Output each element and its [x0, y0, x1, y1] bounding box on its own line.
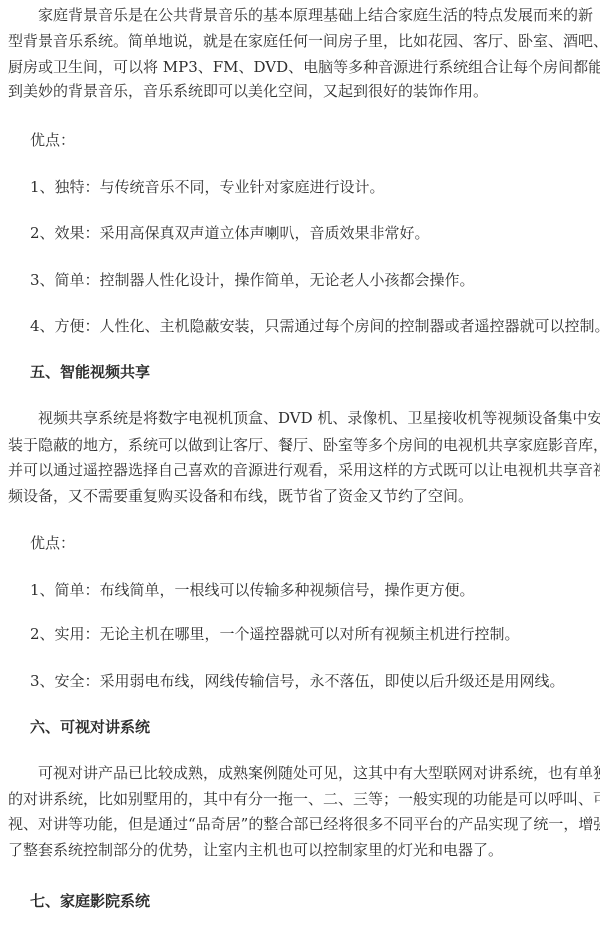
advantages-label: 优点：	[30, 533, 230, 553]
paragraph-line: 家庭背景音乐是在公共背景音乐的基本原理基础上结合家庭生活的特点发展而来的新	[38, 5, 592, 25]
paragraph-line: 到美妙的背景音乐，音乐系统即可以美化空间，又起到很好的装饰作用。	[8, 81, 592, 101]
paragraph-line: 并可以通过遥控器选择自己喜欢的音源进行观看，采用这样的方式既可以让电视机共享音视	[8, 460, 592, 480]
document-page: 家庭背景音乐是在公共背景音乐的基本原理基础上结合家庭生活的特点发展而来的新 型背…	[0, 0, 600, 945]
list-item: 3、安全：采用弱电布线，网线传输信号，永不落伍，即使以后升级还是用网线。	[30, 671, 600, 691]
list-item: 2、实用：无论主机在哪里，一个遥控器就可以对所有视频主机进行控制。	[30, 624, 600, 644]
list-item: 2、效果：采用高保真双声道立体声喇叭，音质效果非常好。	[30, 223, 600, 243]
paragraph-line: 视频共享系统是将数字电视机顶盒、DVD 机、录像机、卫星接收机等视频设备集中安	[38, 408, 592, 428]
section-heading-video-sharing: 五、智能视频共享	[30, 362, 600, 382]
paragraph-line: 视、对讲等功能，但是通过“品奇居”的整合部已经将很多不同平台的产品实现了统一，增…	[8, 814, 592, 834]
list-item: 3、简单：控制器人性化设计，操作简单，无论老人小孩都会操作。	[30, 270, 600, 290]
paragraph-line: 装于隐蔽的地方，系统可以做到让客厅、餐厅、卧室等多个房间的电视机共享家庭影音库，	[8, 435, 592, 455]
section-heading-home-theater: 七、家庭影院系统	[30, 891, 600, 911]
list-item: 1、独特：与传统音乐不同，专业针对家庭进行设计。	[30, 177, 600, 197]
paragraph-line: 的对讲系统，比如别墅用的，其中有分一拖一、二、三等；一般实现的功能是可以呼叫、可	[8, 789, 592, 809]
paragraph-line: 型背景音乐系统。简单地说，就是在家庭任何一间房子里，比如花园、客厅、卧室、酒吧、	[8, 31, 592, 51]
list-item: 1、简单：布线简单，一根线可以传输多种视频信号，操作更方便。	[30, 580, 600, 600]
paragraph-line: 可视对讲产品已比较成熟，成熟案例随处可见，这其中有大型联网对讲系统，也有单独	[38, 763, 592, 783]
advantages-label: 优点：	[30, 130, 230, 150]
section-heading-intercom: 六、可视对讲系统	[30, 717, 600, 737]
paragraph-line: 厨房或卫生间，可以将 MP3、FM、DVD、电脑等多种音源进行系统组合让每个房间…	[8, 57, 592, 77]
paragraph-line: 频设备，又不需要重复购买设备和布线，既节省了资金又节约了空间。	[8, 486, 592, 506]
paragraph-line: 了整套系统控制部分的优势，让室内主机也可以控制家里的灯光和电器了。	[8, 840, 592, 860]
list-item: 4、方便：人性化、主机隐蔽安装，只需通过每个房间的控制器或者遥控器就可以控制。	[30, 316, 600, 336]
